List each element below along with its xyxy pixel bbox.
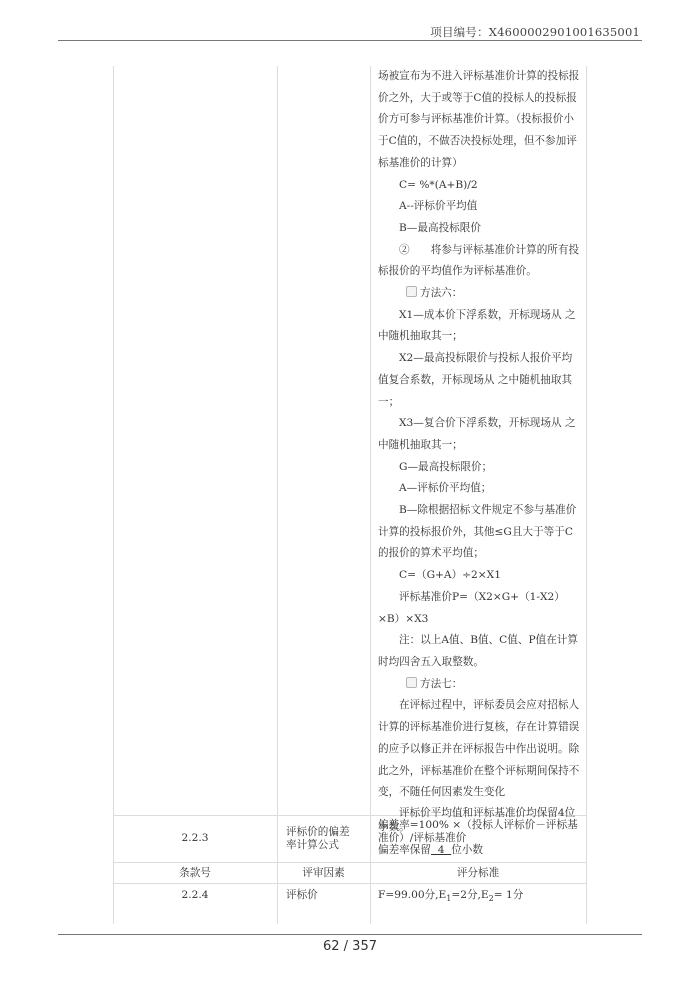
factor-line: 评标价的偏差 <box>286 826 366 839</box>
formula-p: 评标基准价P=（X2×G+（1-X2）×B）×X3 <box>378 587 580 630</box>
decimal-prefix: 偏差率保留 <box>378 844 431 856</box>
factor-bid-price: 评标价 <box>286 889 366 902</box>
row-divider-2 <box>113 862 586 863</box>
project-number-header: 项目编号：X4600002901001635001 <box>430 24 640 40</box>
formula-line: 准价）/评标基准价 <box>378 832 583 845</box>
table-border-right <box>586 66 587 924</box>
formula-c: C= %*(A+B)/2 <box>378 175 580 197</box>
column-header-factor: 评审因素 <box>277 867 370 880</box>
definition-a: A--评标价平均值 <box>378 196 580 218</box>
method-seven-label: 方法七： <box>420 678 462 690</box>
formula-c2: C=（G+A）÷2×X1 <box>378 565 580 587</box>
column-header-clause: 条款号 <box>113 867 277 880</box>
column-header-standard: 评分标准 <box>370 867 586 880</box>
project-number-label: 项目编号： <box>430 25 489 39</box>
table-col-divider-1 <box>277 66 278 924</box>
paragraph: 场被宣布为不进入评标基准价计算的投标报价之外，大于或等于C值的投标人的投标报价方… <box>378 66 580 175</box>
rounding-note: 注：以上A值、B值、C值、P值在计算时均四舍五入取整数。 <box>378 630 580 673</box>
method-seven-option[interactable]: 方法七： <box>378 674 580 696</box>
paragraph: ② 将参与评标基准价计算的所有投标报价的平均值作为评标基准价。 <box>378 240 580 283</box>
table-border-left <box>113 66 114 924</box>
method-six-option[interactable]: 方法六： <box>378 283 580 305</box>
method-six-label: 方法六： <box>420 287 462 299</box>
definition-x2: X2—最高投标限价与投标人报价平均值复合系数，开标现场从 之中随机抽取其一； <box>378 348 580 413</box>
definition-g: G—最高投标限价； <box>378 457 580 479</box>
score-e2: = 1分 <box>494 889 524 901</box>
row-divider-3 <box>113 883 586 884</box>
factor-deviation-rate: 评标价的偏差 率计算公式 <box>286 826 366 851</box>
standard-deviation-formula: 偏差率=100% ×（投标人评标价－评标基 准价）/评标基准价 偏差率保留 4 … <box>378 819 583 857</box>
project-number-value: X4600002901001635001 <box>489 25 640 39</box>
score-e1: =2分,E <box>451 889 488 901</box>
table-col-divider-2 <box>370 66 371 924</box>
definition-a2: A—评标价平均值； <box>378 478 580 500</box>
formula-line: 偏差率=100% ×（投标人评标价－评标基 <box>378 819 583 832</box>
score-f: F=99.00分,E <box>378 889 446 901</box>
decimal-places-line: 偏差率保留 4 位小数 <box>378 844 583 857</box>
clause-2-2-3: 2.2.3 <box>113 832 277 845</box>
definition-x3: X3—复合价下浮系数，开标现场从 之中随机抽取其一； <box>378 413 580 456</box>
definition-b: B—最高投标限价 <box>378 218 580 240</box>
definition-b2: B—除根据招标文件规定不参与基准价计算的投标报价外，其他≤G且大于等于C的报价的… <box>378 500 580 565</box>
decimal-suffix: 位小数 <box>451 844 483 856</box>
page-indicator: 62 / 357 <box>0 939 700 954</box>
standard-scoring: F=99.00分,E1=2分,E2= 1分 <box>378 889 583 906</box>
clause-2-2-4: 2.2.4 <box>113 889 277 902</box>
method-seven-checkbox[interactable] <box>406 677 417 688</box>
header-divider <box>58 40 642 41</box>
factor-line: 率计算公式 <box>286 839 366 852</box>
continued-standard-cell: 场被宣布为不进入评标基准价计算的投标报价之外，大于或等于C值的投标人的投标报价方… <box>378 66 580 834</box>
decimal-places-value: 4 <box>431 844 451 856</box>
footer-divider <box>58 934 642 935</box>
definition-x1: X1—成本价下浮系数，开标现场从 之中随机抽取其一； <box>378 305 580 348</box>
method-six-checkbox[interactable] <box>406 286 417 297</box>
review-paragraph: 在评标过程中，评标委员会应对招标人计算的评标基准价进行复核，存在计算错误的应予以… <box>378 695 580 804</box>
